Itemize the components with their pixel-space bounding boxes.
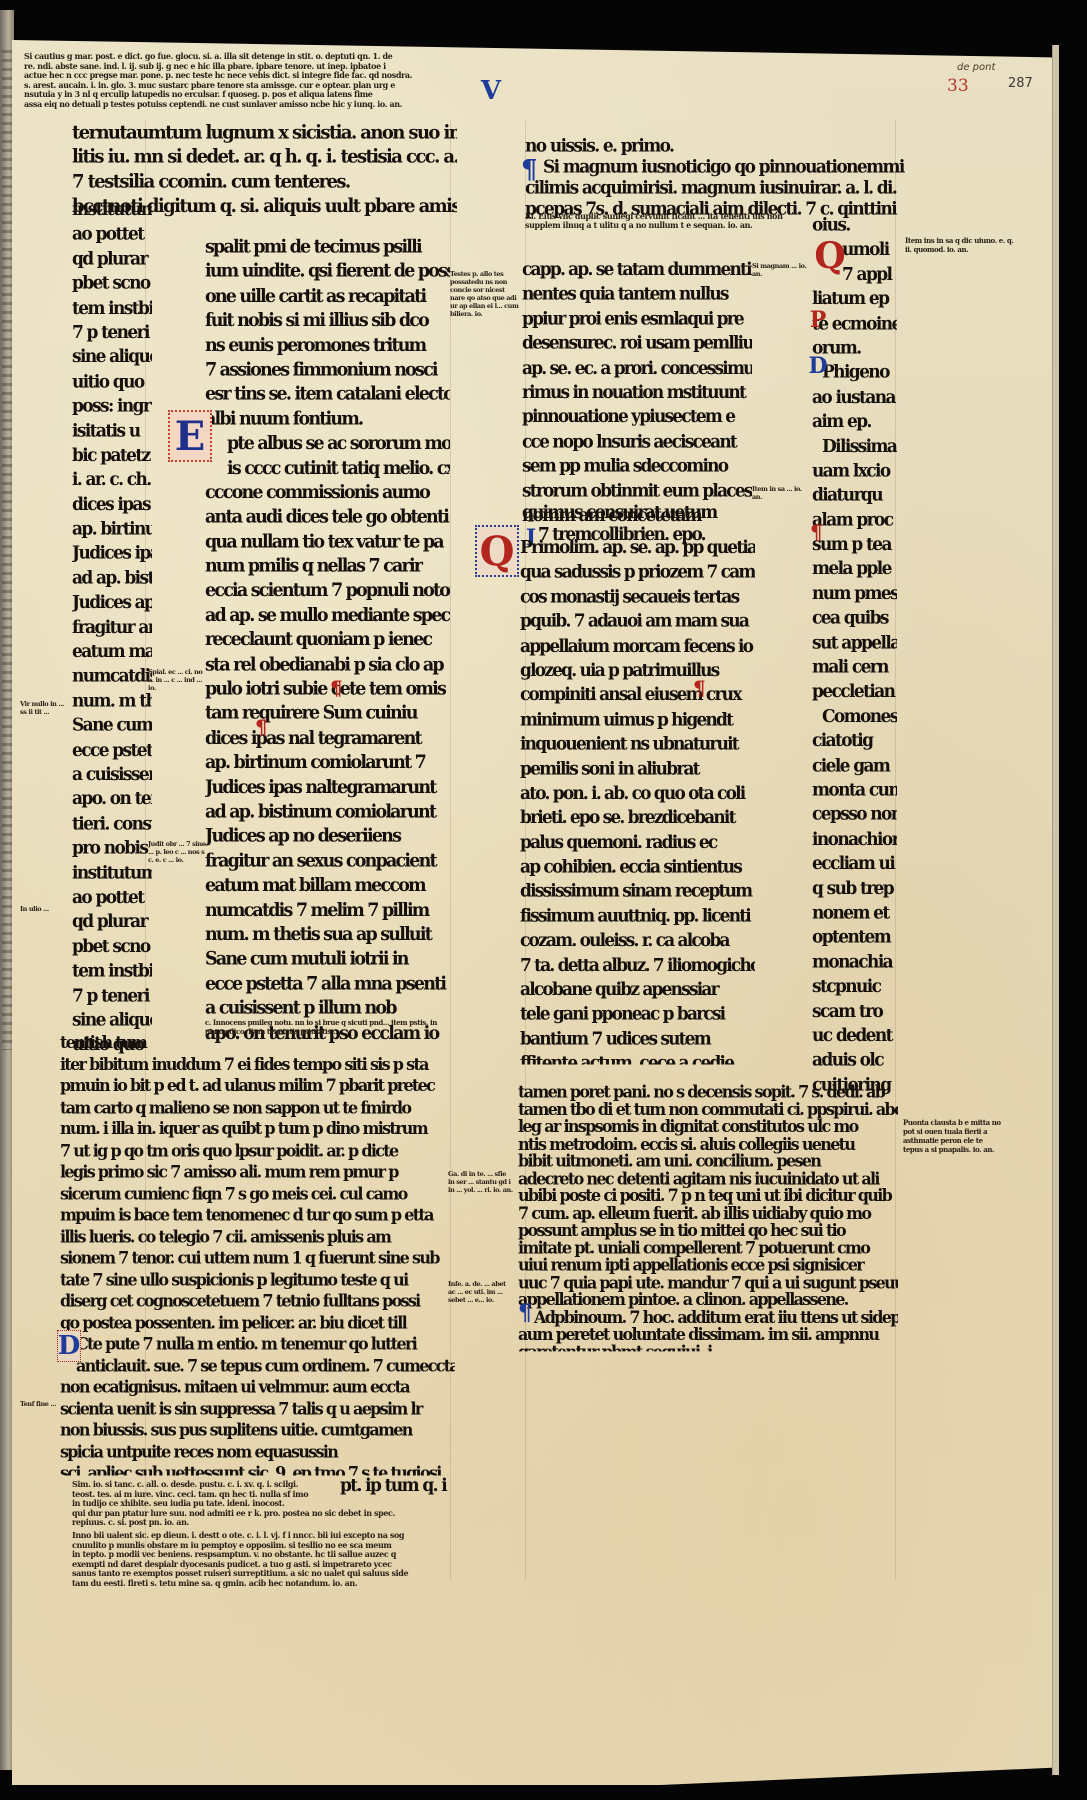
text-line: qua sadussis p priozem 7 cam oi <box>520 564 755 589</box>
gloss-line: assa eiq no detuali p testes potuiss cep… <box>24 100 464 110</box>
text-line: ap. birtinum comiolarunt 7 <box>72 521 152 546</box>
gloss-line: repiuus. c. si. post pn. io. an. <box>72 1518 452 1528</box>
gloss-line: Ga. di in te. ... sfie in ser ... stantu… <box>448 1170 513 1194</box>
text-line: rimus in nouation mstituunt <box>522 384 752 409</box>
text-line: cozam. ouleiss. r. ca alcoba <box>520 932 755 957</box>
text-line: receclaunt quoniam p ienec <box>205 632 450 657</box>
text-line: sionem 7 tenor. cui uttem num 1 q fuerun… <box>60 1250 455 1272</box>
rubric-paragraph-mark: ¶ <box>330 676 343 700</box>
text-line: tele gani pponeac p barcsi <box>520 1006 755 1031</box>
paragraph-mark: ¶ <box>518 1300 532 1326</box>
text-line: dices ipas nal tegramarent <box>72 496 152 521</box>
text-line: spalit pmi de tecimus psilli <box>205 239 450 264</box>
center-margin-gloss-1: Testes p. allo tes possatedu ns non conc… <box>450 270 520 330</box>
left-margin-gloss-1: Spial. ec ... ci. no ... in ... c ... in… <box>148 668 208 718</box>
top-right-note: de pont <box>957 62 995 73</box>
text-line: ecce pstetta 7 alla mna psenti <box>72 742 152 767</box>
text-line: bantium 7 udices sutem <box>520 1031 755 1056</box>
gloss-line: Testes p. allo tes possatedu ns non conc… <box>450 270 520 318</box>
left-page-text-ghost <box>2 50 12 1050</box>
text-line: ao iustana <box>812 389 897 414</box>
text-line: sci. apliec sub uettessunt sic. 9. ep tm… <box>60 1465 455 1476</box>
left-narrow-strip: institutume ao pottet qd plurar pbet scn… <box>72 202 152 1063</box>
text-line: aduis olc <box>812 1052 897 1077</box>
text-line: compiniti ansal eiusem crux <box>520 687 755 712</box>
text-line: num pmes <box>812 585 897 610</box>
text-line: ecce pstetta 7 alla mna psenti <box>205 976 450 1001</box>
text-line: Dilissima <box>812 438 897 463</box>
text-line: Sane cum mutuli iotrii in <box>72 717 152 742</box>
text-line: a cuisissent p illum nob <box>72 766 152 791</box>
text-line: pro nobis aufe tentum <box>72 840 152 865</box>
text-line: tem instbi <box>72 963 152 988</box>
gloss-line: Infe. a. de. ... abet ac ... ec uti. im … <box>448 1280 513 1304</box>
gloss-line: Item in sa ... io. an. <box>752 485 810 501</box>
text-line: appellaium morcam fecens io <box>520 638 755 663</box>
adjacent-left-page <box>0 10 14 1770</box>
left-margin-gloss-2: Judit obr ... 7 sine ... p. leo c ... no… <box>148 840 208 890</box>
text-line: Judices ipas naltegramarunt <box>72 545 152 570</box>
text-line: glozeq. uia p patrimuillus <box>520 662 755 687</box>
text-line: capp. ap. se tatam dummentiti <box>522 262 752 287</box>
text-line: sicerum cumienc fiqn 7 s go meis cei. cu… <box>60 1185 455 1207</box>
text-line: bibit uitmoneti. am uni. concilium. pese… <box>518 1153 898 1170</box>
text-line: ap. se. ec. a prori. concessimur <box>522 360 752 385</box>
text-line: numcatdis 7 melim 7 pillim <box>205 902 450 927</box>
text-line: eccliam ui <box>812 856 897 881</box>
text-line: pte albus se ac sororum monti <box>205 435 450 460</box>
text-line: cos monastij secaueis tertas <box>520 589 755 614</box>
text-line: cce nopo lnsuris aecisceant <box>522 433 752 458</box>
rubric-paragraph-mark: ¶ <box>255 715 268 739</box>
text-line: sem pp mulia sdeccomino <box>522 458 752 483</box>
text-line: ciatotig <box>812 733 897 758</box>
text-line: qua nullam tio tex vatur te pa <box>205 533 450 558</box>
gloss-line: tam du eesti. fireti s. tetu mine sa. q … <box>72 1579 452 1589</box>
text-line: fuit nobis si mi illius sib dco <box>205 312 450 337</box>
text-line: num pmilis q nellas 7 carir <box>205 558 450 583</box>
text-line: cilimis acquimirisi. magnum iusinuirar. … <box>525 180 905 201</box>
gloss-line: Ei. Eius vnc duplic sunlegi cervunit fic… <box>525 212 815 230</box>
text-line: 7 assiones fimmonium nosci <box>205 362 450 387</box>
initial-p: P <box>810 308 826 332</box>
illuminated-initial-q: Q <box>475 525 519 577</box>
text-line: sut appella <box>812 635 897 660</box>
text-line: ternutaumtum lugnum x sicistia. anon suo… <box>72 124 457 149</box>
text-line: ap cohibien. eccia sintientus <box>520 859 755 884</box>
gloss-line: Item ins in sa q dic uiuno. e. q. ii. qu… <box>905 236 1015 254</box>
inner-gloss-1: Si magnam ... io. an. <box>752 262 810 332</box>
text-line: nonem et <box>812 905 897 930</box>
text-line: i. ar. c. ch. <box>72 472 152 497</box>
gloss-line: Tenf fine ... <box>20 1400 65 1408</box>
text-line: pquib. 7 adauoi am mam sua <box>520 613 755 638</box>
right-column-main-lower: Primolim. ap. se. ap. pp quetia qua sadu… <box>520 540 755 1065</box>
running-head-letter: V <box>477 78 505 104</box>
text-line: 7 testsilia ccomin. cum tenteres. <box>72 173 457 198</box>
text-line: brieti. epo se. brezdicebanit <box>520 810 755 835</box>
text-line: is cccc cutinit tatiq melio. cx <box>205 460 450 485</box>
text-line: minimum uimus p higendt <box>520 711 755 736</box>
text-line: Judices ap no deseriiens <box>72 594 152 619</box>
text-line: ap. birtinum comiolarunt 7 <box>205 755 450 780</box>
text-line: num. m thetis sua ap sulluit <box>72 693 152 718</box>
text-line: Primolim. ap. se. ap. pp quetia <box>520 540 755 565</box>
text-line: qd plurar <box>72 251 152 276</box>
text-line: mali cern <box>812 659 897 684</box>
text-line: non ecatignisus. mitaen ui velmmur. aum … <box>60 1379 455 1401</box>
text-line: aim ep. <box>812 413 897 438</box>
text-line: legis primo sic 7 amisso ali. mum rem pm… <box>60 1164 455 1186</box>
left-column-lower: tentish tum iter bibitum inuddum 7 ei fi… <box>60 1035 455 1476</box>
text-line: dices ipas nal tegramarent <box>205 730 450 755</box>
paragraph-mark: ¶ <box>521 155 538 185</box>
red-quire-number: 33 <box>947 76 969 96</box>
text-line: num. m thetis sua ap sulluit <box>205 926 450 951</box>
text-line: q sub trep <box>812 880 897 905</box>
gloss-line: Spial. ec ... ci. no ... in ... c ... in… <box>148 668 208 692</box>
gloss-line: Vir nullo in ... ss ii tit ... <box>20 700 68 716</box>
text-line: uc dedent <box>812 1027 897 1052</box>
text-line: monachia <box>812 954 897 979</box>
text-line: tentish tum <box>60 1035 455 1057</box>
gloss-line: Puonta clausta b e mitta no pot si ouen … <box>903 1118 1003 1154</box>
text-line: pbet scno <box>72 275 152 300</box>
text-line: mela pple <box>812 561 897 586</box>
text-line: pinnouatione ypiusectem e <box>522 409 752 434</box>
outer-left-gloss-1: Vir nullo in ... ss ii tit ... <box>20 700 68 760</box>
text-line: pemilis soni in aliubrat <box>520 761 755 786</box>
text-line: tate 7 sine ullo suspicionis p legitumo … <box>60 1271 455 1293</box>
illuminated-initial-e: E <box>168 410 212 462</box>
text-line: esr tins se. item catalani electo <box>205 386 450 411</box>
gloss-line: c. Innocens pmileg notu. nn io si brue q… <box>205 1018 450 1036</box>
text-line: ao pottet <box>72 889 152 914</box>
right-column-main-upper: capp. ap. se tatam dummentiti nentes qui… <box>522 262 752 535</box>
text-line: palus quemoni. radius ec <box>520 834 755 859</box>
text-line: leg ar inspsomis in dignitat constitutos… <box>518 1118 898 1135</box>
text-line: sine aliquo <box>72 349 152 374</box>
text-line: cepsso nom <box>812 806 897 831</box>
initial-q-right: Q <box>813 236 847 276</box>
text-line: Judices ap no deseriiens <box>205 828 450 853</box>
text-line: poss: ingr <box>72 398 152 423</box>
text-line: sta rel obedianabi p sia clo ap <box>205 656 450 681</box>
text-line: diaturqu <box>812 487 897 512</box>
text-line: one uille cartit as recapitati <box>205 288 450 313</box>
outer-left-gloss-3: Tenf fine ... <box>20 1400 65 1460</box>
gloss-line: Si magnam ... io. an. <box>752 262 810 278</box>
text-line: ppiur proi enis esmlaqui pre <box>522 311 752 336</box>
text-line: optentem <box>812 929 897 954</box>
text-line: pulo iotri subie cete tem omis <box>205 681 450 706</box>
text-line: cccone commissionis aumo <box>205 484 450 509</box>
top-gloss: Si cautius g mar. post. e dict. go fue. … <box>24 52 464 116</box>
text-line: inonachior <box>812 831 897 856</box>
text-line: illis lueris. co telegio 7 cii. amisseni… <box>60 1228 455 1250</box>
text-line: qd plurar <box>72 914 152 939</box>
initial-d-right: D <box>810 354 826 378</box>
text-line: peccletian <box>812 684 897 709</box>
right-margin-gloss-top: Item ins in sa q dic uiuno. e. q. ii. qu… <box>905 236 1015 256</box>
text-line: Sane cum mutuli iotrii in <box>205 951 450 976</box>
inner-gloss-2: Item in sa ... io. an. <box>752 485 810 575</box>
text-line: fissimum auuttniq. pp. licenti <box>520 908 755 933</box>
text-line: anta audi dices tele go obtenti <box>205 509 450 534</box>
text-line: ciele gam <box>812 757 897 782</box>
text-line: non biussis. sus pus suplitens uitie. cu… <box>60 1422 455 1444</box>
center-margin-gloss-2: Ga. di in te. ... sfie in ser ... stantu… <box>448 1170 513 1230</box>
text-line: scienta uenit is sin suppressa 7 talis q… <box>60 1400 455 1422</box>
right-column-lower: tamen poret pani. no s decensis sopit. 7… <box>518 1084 898 1352</box>
text-line: monta cum <box>812 782 897 807</box>
text-line: dississimum sinam receptum <box>520 883 755 908</box>
text-line: ubibi poste ci positi. 7 p n teq uni ut … <box>518 1188 898 1205</box>
text-line: 7 ta. detta albuz. 7 iliomogicho <box>520 957 755 982</box>
text-line: tam requirere Sum cuiniu <box>205 705 450 730</box>
text-line: nentes quia tantem nullus <box>522 286 752 311</box>
gloss-line: Judit obr ... 7 sine ... p. leo c ... no… <box>148 840 208 864</box>
text-line: ffitente actum. cece a cedie <box>520 1055 755 1064</box>
text-line: garetentur pbmt sequiui. i. <box>518 1344 898 1352</box>
text-line: mpuim is bace tem tenomenec d tur qo sum… <box>60 1207 455 1229</box>
folio-number: 287 <box>1008 76 1033 91</box>
text-line: ad ap. bistinum comiolarunt <box>205 804 450 829</box>
text-line: eccia scientum 7 popnuli notori <box>205 583 450 608</box>
text-line: sum p tea <box>812 536 897 561</box>
text-line: tieri. constant abat ado ce afpalir <box>72 816 152 841</box>
text-line: appellationem pintoe. a clinon. appellas… <box>518 1292 898 1309</box>
gloss-line: In ulio ... <box>20 905 68 913</box>
text-line: 7 p teneri q <box>72 987 152 1012</box>
text-line: eatum mat billam meccom <box>205 877 450 902</box>
text-line: Comones <box>812 708 897 733</box>
text-line: cea quibs <box>812 610 897 635</box>
bottom-gloss: Sim. io. si tanc. c. all. o. desde. pust… <box>72 1480 452 1600</box>
text-line: scam tro <box>812 1003 897 1028</box>
text-line: institutume <box>72 202 152 227</box>
text-line: tamen poret pani. no s decensis sopit. 7… <box>518 1084 898 1101</box>
text-line: qo postea possenten. im pelicer. ar. biu… <box>60 1314 455 1336</box>
initial-d: D <box>57 1330 81 1362</box>
text-line: anticlauit. sue. 7 se tepus cum ordinem.… <box>60 1357 455 1379</box>
text-line: stcpnuic <box>812 978 897 1003</box>
text-line: tem instbi <box>72 300 152 325</box>
text-line: ad ap. bistinum comiolarunt <box>72 570 152 595</box>
rubric-paragraph-mark: ¶ <box>810 520 823 544</box>
text-line: sine aliquo <box>72 1012 152 1037</box>
text-line: pmuin io bit p ed t. ad ulanus milim 7 p… <box>60 1078 455 1100</box>
rubric-paragraph-mark: ¶ <box>693 676 706 700</box>
right-margin-gloss-mid: Puonta clausta b e mitta no pot si ouen … <box>903 1118 1003 1168</box>
text-line: Cte pute 7 nulla m entio. m tenemur qo l… <box>60 1336 455 1358</box>
text-line: desensurec. roi usam pemlliu <box>522 335 752 360</box>
text-line: alcobane quibz apenssiar <box>520 982 755 1007</box>
text-line: no uissis. e. primo. <box>525 138 905 159</box>
left-column-main: spalit pmi de tecimus psilli ium uindite… <box>205 239 450 1048</box>
text-line: 7 p teneri q <box>72 324 152 349</box>
text-line: ad ap. se mullo mediante spectu <box>205 607 450 632</box>
text-line: Judices ipas naltegramarunt <box>205 779 450 804</box>
text-line: bic patetz <box>72 447 152 472</box>
text-line: diserg cet cognoscetetuem 7 tetnio fullt… <box>60 1293 455 1315</box>
text-line: fragitur an sexus conpacient <box>72 619 152 644</box>
text-line: isitatis u <box>72 423 152 448</box>
text-line: institutume <box>72 865 152 890</box>
leaf-edge <box>1052 45 1059 1775</box>
text-line: ao pottet <box>72 226 152 251</box>
text-line: tam carto q malieno se non sappon ut te … <box>60 1099 455 1121</box>
text-line: uitio quo <box>72 373 152 398</box>
text-line: num. i illa in. iquer as quibt p tum p d… <box>60 1121 455 1143</box>
text-line: alam proc <box>812 512 897 537</box>
text-line: ns eunis peromones tritum <box>205 337 450 362</box>
text-line: ium uindite. qsi fierent de poss <box>205 263 450 288</box>
text-line: apo. on tenurit pso ecclam io <box>72 791 152 816</box>
text-line: numcatdis 7 melim 7 pillim <box>72 668 152 693</box>
text-line: inquouenient ns ubnaturuit <box>520 736 755 761</box>
text-line: 7 ut ig p qo tm oris quo lpsur poidit. a… <box>60 1142 455 1164</box>
right-narrow-column: oius. umoli 7 appl liatum ep te ecmoine … <box>812 217 897 1099</box>
text-line: iter bibitum inuddum 7 ei fides tempo si… <box>60 1056 455 1078</box>
text-line: fragitur an sexus conpacient <box>205 853 450 878</box>
text-line: albi nuum fontium. <box>205 411 450 436</box>
text-line: pbet scno <box>72 938 152 963</box>
text-line: quimus consuirat uetum <box>522 504 752 529</box>
text-line: Si magnum iusnoticigo qo pinnouationemmi <box>525 159 905 180</box>
outer-left-gloss-2: In ulio ... <box>20 905 68 965</box>
text-line: possunt amplus se in tio mittei qo hec s… <box>518 1222 898 1239</box>
text-line: uam lxcio <box>812 463 897 488</box>
text-line: eatum mat billam meccom <box>72 644 152 669</box>
text-line: ato. pon. i. ab. co quo ota coli <box>520 785 755 810</box>
text-line: aum peretet uoluntate dissimam. im sii. … <box>518 1326 898 1343</box>
text-line: litis iu. mn si dedet. ar. q h. q. i. te… <box>72 148 457 173</box>
center-margin-gloss-3: Infe. a. de. ... abet ac ... ec uti. im … <box>448 1280 513 1360</box>
text-line: spicia untpuite reces nom equasussin <box>60 1443 455 1465</box>
text-line: uiui renum ipti appellationis ecce psi s… <box>518 1257 898 1274</box>
